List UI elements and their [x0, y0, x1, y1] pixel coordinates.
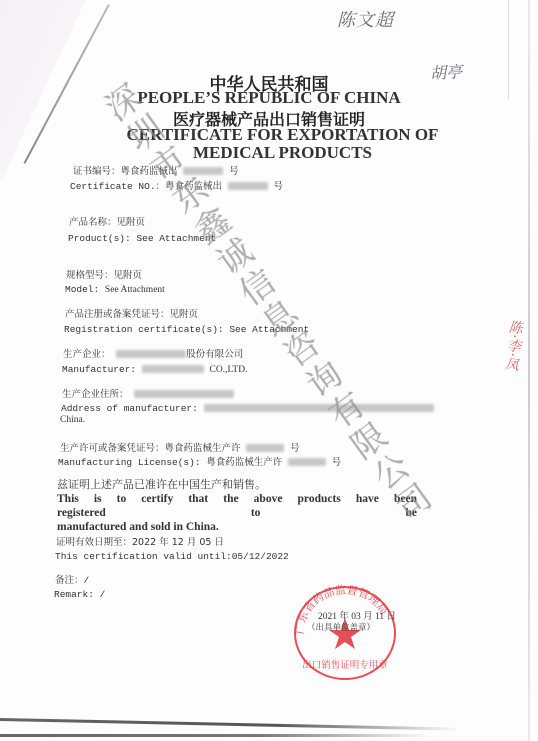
license-cn: 生产许可或备案凭证号：粤食药监械生产许 号 [60, 442, 299, 455]
manufacturer-cn: 生产企业： 股份有限公司 [63, 348, 243, 361]
field-label: 证书编号： [73, 166, 121, 177]
field-label: Model: [65, 284, 105, 295]
license-en: Manufacturing License(s): 粤食药监械生产许 号 [58, 456, 341, 469]
validity-cn: 证明有效日期至：2022 年 12 月 05 日 [56, 536, 224, 549]
certification-statement: 兹证明上述产品已准许在中国生产和销售。 This is to certify t… [57, 478, 397, 534]
remark-en: Remark: / [54, 588, 105, 601]
seal-graphic: 广东省药品监督管理局 出口销售证明专用章 [291, 584, 399, 682]
stamp-issuer-note: （出具单位盖章） [307, 621, 375, 633]
field-value: CO.,LTD. [210, 365, 248, 375]
certificate-no-en: Certificate NO.：粤食药监械出 号 [70, 180, 283, 193]
field-label: Manufacturing License(s): [58, 457, 206, 468]
redacted-address [204, 404, 434, 412]
field-label: This certification valid until: [55, 551, 232, 562]
field-suffix: 号 [273, 181, 283, 192]
redacted-address [134, 390, 234, 398]
certificate-title-en: CERTIFICATE FOR EXPORTATION OF MEDICAL P… [110, 126, 455, 162]
field-suffix: 号 [229, 166, 239, 177]
field-value: 见附页 [114, 270, 143, 281]
field-suffix: 号 [290, 443, 300, 454]
statement-en-line1: This is to certify that the above produc… [57, 492, 417, 520]
statement-cn: 兹证明上述产品已准许在中国生产和销售。 [57, 478, 397, 492]
redacted-company-name [142, 365, 204, 373]
address-en: Address of manufacturer: [61, 402, 434, 415]
field-label: 证明有效日期至： [56, 537, 132, 548]
field-label: 备注： [55, 575, 84, 586]
registration-en: Registration certificate(s): See Attachm… [64, 323, 309, 336]
certificate-no-cn: 证书编号：粤食药监械出 号 [73, 165, 238, 178]
product-cn: 产品名称：见附页 [69, 216, 145, 229]
field-label: Registration certificate(s): [64, 324, 229, 335]
statement-en-line2: manufactured and sold in China. [57, 520, 397, 534]
field-label: Address of manufacturer: [61, 403, 204, 414]
manufacturer-en: Manufacturer: CO.,LTD. [62, 363, 247, 377]
field-value: 粤食药监械出 [165, 181, 222, 192]
remark-cn: 备注：/ [55, 574, 89, 587]
field-value: 股份有限公司 [186, 349, 243, 360]
field-value: 2022 年 12 月 05 日 [132, 537, 224, 548]
stamp-issue-date: 2021 年 03 月 11 日 [318, 608, 396, 622]
field-value: See Attachment [229, 324, 309, 335]
field-value: / [100, 589, 106, 600]
product-en: Product(s): See Attachment [68, 232, 216, 245]
validity-en: This certification valid until:05/12/202… [55, 550, 289, 563]
registration-cn: 产品注册或备案凭证号：见附页 [65, 308, 198, 321]
model-cn: 规格型号：见附页 [66, 269, 142, 282]
field-value: 见附页 [117, 217, 146, 228]
field-value: See Attachment [105, 285, 165, 295]
field-value: 粤食药监械生产许 [206, 457, 282, 468]
model-en: Model: See Attachment [65, 283, 165, 297]
field-label: 生产许可或备案凭证号： [60, 443, 165, 454]
redacted-number [246, 444, 284, 452]
country-title-en: PEOPLE’S REPUBLIC OF CHINA [0, 88, 538, 108]
field-label: 产品名称： [69, 217, 117, 228]
redacted-number [183, 167, 223, 175]
field-label: Manufacturer: [62, 364, 142, 375]
redacted-company-name [116, 350, 186, 358]
scan-edge-line-2 [0, 734, 430, 737]
field-label: 生产企业住所： [62, 389, 129, 400]
field-suffix: 号 [332, 457, 342, 468]
field-value: 见附页 [170, 309, 199, 320]
handwritten-note-top: 陈文超 [337, 6, 394, 32]
field-value: See Attachment [136, 233, 216, 244]
handwritten-red-side-note: 陈·李·凤 [500, 319, 525, 372]
redacted-number [288, 458, 326, 466]
address-country: China. [60, 414, 85, 427]
address-cn: 生产企业住所： [62, 388, 234, 401]
field-label: Remark: [54, 589, 100, 600]
redacted-number [228, 182, 268, 190]
seal-purpose-text: 出口销售证明专用章 [302, 659, 388, 671]
field-value: 粤食药监械生产许 [165, 443, 241, 454]
field-value: 粤食药监械出 [121, 166, 178, 177]
field-label: Product(s): [68, 233, 136, 244]
official-red-seal: 广东省药品监督管理局 出口销售证明专用章 [291, 584, 399, 682]
certificate-page: 陈文超 胡亭 陈·李·凤 中华人民共和国 PEOPLE’S REPUBLIC O… [0, 0, 538, 741]
field-label: 产品注册或备案凭证号： [65, 309, 170, 320]
field-label: 生产企业： [63, 349, 111, 360]
scan-edge-line-1 [0, 718, 460, 731]
field-value: 05/12/2022 [232, 551, 289, 562]
field-label: 规格型号： [66, 270, 114, 281]
field-value: / [84, 575, 90, 586]
field-label: Certificate NO.： [70, 181, 165, 192]
